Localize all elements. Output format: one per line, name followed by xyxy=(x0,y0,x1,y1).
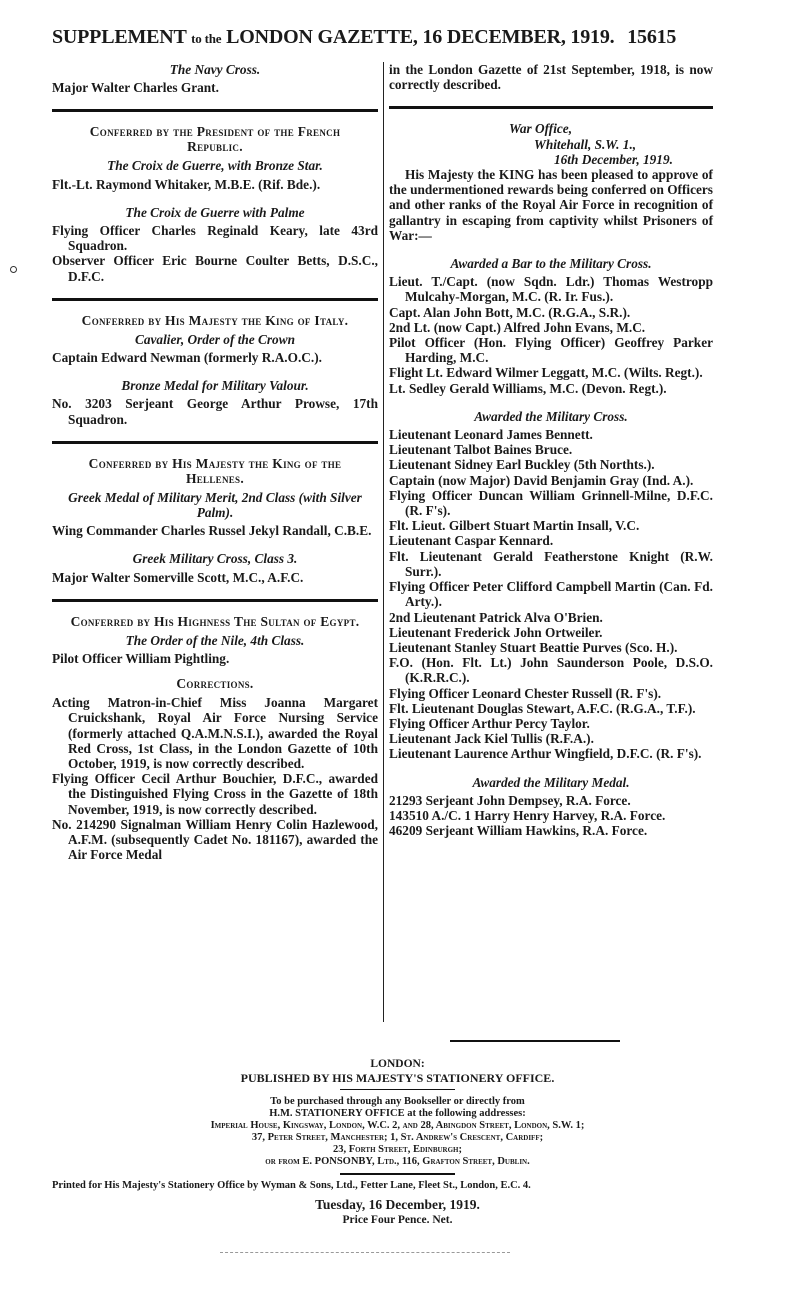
issue-date: Tuesday, 16 December, 1919. xyxy=(40,1197,755,1213)
section-heading-italy: Conferred by His Majesty the King of Ita… xyxy=(60,313,370,328)
entry: Major Walter Charles Grant. xyxy=(52,80,378,95)
scan-edge-dash xyxy=(220,1252,510,1253)
section-rule xyxy=(389,106,713,109)
address-line: or from E. PONSONBY, Ltd., 116, Grafton … xyxy=(40,1156,755,1168)
address-line: 23, Forth Street, Edinburgh; xyxy=(40,1144,755,1156)
gazette-page: SUPPLEMENT to the LONDON GAZETTE, 16 DEC… xyxy=(0,0,795,1290)
award-title: The Croix de Guerre, with Bronze Star. xyxy=(52,158,378,173)
entry: Flt. Lieutenant Gerald Featherstone Knig… xyxy=(389,549,713,579)
war-office-line: War Office, xyxy=(389,121,713,136)
award-title: The Croix de Guerre with Palme xyxy=(52,205,378,220)
entry: Flt. Lieut. Gilbert Stuart Martin Insall… xyxy=(389,518,713,533)
imprint-footer: LONDON: PUBLISHED BY HIS MAJESTY'S STATI… xyxy=(40,1040,755,1228)
entry: Flying Officer Duncan William Grinnell-M… xyxy=(389,488,713,518)
entry: Lieutenant Talbot Baines Bruce. xyxy=(389,442,713,457)
award-title: Greek Military Cross, Class 3. xyxy=(52,551,378,566)
section-heading-french: Conferred by the President of the French… xyxy=(60,124,370,154)
award-title: Greek Medal of Military Merit, 2nd Class… xyxy=(52,490,378,520)
award-title-mc: Awarded the Military Cross. xyxy=(389,409,713,424)
entry: Flying Officer Peter Clifford Campbell M… xyxy=(389,579,713,609)
entry: Lieutenant Leonard James Bennett. xyxy=(389,427,713,442)
left-column: The Navy Cross. Major Walter Charles Gra… xyxy=(52,62,378,863)
war-office-address: Whitehall, S.W. 1., xyxy=(389,137,713,152)
entry: F.O. (Hon. Flt. Lt.) John Saunderson Poo… xyxy=(389,655,713,685)
address-line: Imperial House, Kingsway, London, W.C. 2… xyxy=(40,1120,755,1132)
entry: Flying Officer Charles Reginald Keary, l… xyxy=(52,223,378,253)
right-column: in the London Gazette of 21st September,… xyxy=(389,62,713,838)
section-heading-hellenes: Conferred by His Majesty the King of the… xyxy=(60,456,370,486)
correction-entry: No. 214290 Signalman William Henry Colin… xyxy=(52,817,378,863)
award-title: The Order of the Nile, 4th Class. xyxy=(52,633,378,648)
printer-line: Printed for His Majesty's Stationery Off… xyxy=(40,1179,755,1192)
imprint-publisher: PUBLISHED BY HIS MAJESTY'S STATIONERY OF… xyxy=(40,1071,755,1085)
entry: Pilot Officer (Hon. Flying Officer) Geof… xyxy=(389,335,713,365)
section-rule xyxy=(52,298,378,301)
section-rule xyxy=(52,441,378,444)
issue-price: Price Four Pence. Net. xyxy=(40,1213,755,1228)
address-line: 37, Peter Street, Manchester; 1, St. And… xyxy=(40,1132,755,1144)
masthead-gazette-date: LONDON GAZETTE, 16 DECEMBER, 1919. xyxy=(226,26,614,48)
entry: 2nd Lieutenant Patrick Alva O'Brien. xyxy=(389,610,713,625)
entry: Lieutenant Sidney Earl Buckley (5th Nort… xyxy=(389,457,713,472)
entry: Wing Commander Charles Russel Jekyl Rand… xyxy=(52,523,378,538)
entry: Lieutenant Stanley Stuart Beattie Purves… xyxy=(389,640,713,655)
award-title-mm: Awarded the Military Medal. xyxy=(389,775,713,790)
section-heading-egypt: Conferred by His Highness The Sultan of … xyxy=(60,614,370,629)
entry: Lieutenant Caspar Kennard. xyxy=(389,533,713,548)
war-office-date: 16th December, 1919. xyxy=(389,152,713,167)
entry: Lieut. T./Capt. (now Sqdn. Ldr.) Thomas … xyxy=(389,274,713,304)
award-title: Bronze Medal for Military Valour. xyxy=(52,378,378,393)
entry: 21293 Serjeant John Dempsey, R.A. Force. xyxy=(389,793,713,808)
award-title-bar-mc: Awarded a Bar to the Military Cross. xyxy=(389,256,713,271)
entry: 2nd Lt. (now Capt.) Alfred John Evans, M… xyxy=(389,320,713,335)
footer-rule xyxy=(450,1040,620,1042)
entry: Flying Officer Leonard Chester Russell (… xyxy=(389,686,713,701)
masthead: SUPPLEMENT to the LONDON GAZETTE, 16 DEC… xyxy=(52,26,742,49)
entry: Observer Officer Eric Bourne Coulter Bet… xyxy=(52,253,378,283)
entry: 143510 A./C. 1 Harry Henry Harvey, R.A. … xyxy=(389,808,713,823)
entry: 46209 Serjeant William Hawkins, R.A. For… xyxy=(389,823,713,838)
masthead-title: SUPPLEMENT xyxy=(52,26,186,48)
correction-entry: Acting Matron-in-Chief Miss Joanna Marga… xyxy=(52,695,378,771)
entry: Flt.-Lt. Raymond Whitaker, M.B.E. (Rif. … xyxy=(52,177,378,192)
intro-paragraph: His Majesty the KING has been pleased to… xyxy=(389,167,713,243)
entry: Pilot Officer William Pightling. xyxy=(52,651,378,666)
entry: Major Walter Somerville Scott, M.C., A.F… xyxy=(52,570,378,585)
entry: Lieutenant Jack Kiel Tullis (R.F.A.). xyxy=(389,731,713,746)
entry: Flying Officer Arthur Percy Taylor. xyxy=(389,716,713,731)
purchase-line: To be purchased through any Bookseller o… xyxy=(40,1096,755,1108)
scan-speck-icon xyxy=(10,266,17,273)
section-rule xyxy=(52,599,378,602)
entry: Lieutenant Frederick John Ortweiler. xyxy=(389,625,713,640)
continuation-text: in the London Gazette of 21st September,… xyxy=(389,62,713,92)
entry: No. 3203 Serjeant George Arthur Prowse, … xyxy=(52,396,378,426)
entry: Captain (now Major) David Benjamin Gray … xyxy=(389,473,713,488)
column-divider xyxy=(383,62,384,1022)
imprint-london: LONDON: xyxy=(40,1058,755,1071)
entry: Flt. Lieutenant Douglas Stewart, A.F.C. … xyxy=(389,701,713,716)
section-heading-corrections: Corrections. xyxy=(60,676,370,691)
entry: Capt. Alan John Bott, M.C. (R.G.A., S.R.… xyxy=(389,305,713,320)
entry: Flight Lt. Edward Wilmer Leggatt, M.C. (… xyxy=(389,365,713,380)
purchase-line: H.M. STATIONERY OFFICE at the following … xyxy=(40,1108,755,1120)
correction-entry: Flying Officer Cecil Arthur Bouchier, D.… xyxy=(52,771,378,817)
footer-rule xyxy=(340,1089,455,1091)
entry: Captain Edward Newman (formerly R.A.O.C.… xyxy=(52,350,378,365)
award-title-navy-cross: The Navy Cross. xyxy=(52,62,378,77)
page-number: 15615 xyxy=(627,26,676,48)
masthead-to-the: to the xyxy=(191,31,221,46)
footer-rule xyxy=(340,1173,455,1175)
entry: Lieutenant Laurence Arthur Wingfield, D.… xyxy=(389,746,713,761)
award-title: Cavalier, Order of the Crown xyxy=(52,332,378,347)
entry: Lt. Sedley Gerald Williams, M.C. (Devon.… xyxy=(389,381,713,396)
section-rule xyxy=(52,109,378,112)
